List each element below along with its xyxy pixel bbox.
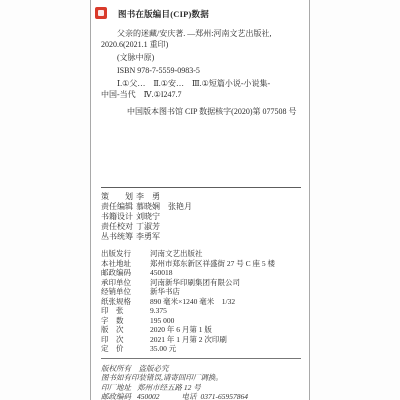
publication-label: 邮政编码: [101, 268, 135, 278]
page-column: 图书在版编目(CIP)数据 父亲的迷藏/安庆著. —郑州:河南文艺出版社, 20…: [90, 0, 310, 400]
publication-row: 经销单位新华书店: [101, 287, 301, 297]
cip-heading: 图书在版编目(CIP)数据: [118, 9, 301, 20]
cip-title-line-2: 2020.6(2021.1 重印): [101, 39, 301, 50]
publication-label: 定 价: [101, 344, 135, 354]
publication-value: 2021 年 1 月第 2 次印刷: [150, 335, 227, 344]
publication-value: 35.00 元: [150, 344, 176, 353]
printer-address-value: 郑州市经五路 12 号: [137, 383, 201, 392]
publication-label: 承印单位: [101, 278, 135, 288]
printer-address-label: 印厂地址: [101, 383, 131, 392]
misprint-return-note: 图书如有印装错误,请寄回印厂调换。: [101, 373, 301, 383]
publication-value: 9.375: [150, 306, 167, 315]
staff-row: 策 划李 勇: [101, 192, 301, 202]
cip-classification-line-2: 中国-当代 Ⅳ.①I247.7: [101, 89, 301, 100]
phone-group: 电话0371-65957864: [182, 392, 249, 400]
divider-top: [101, 187, 301, 188]
publication-value: 郑州市郑东新区祥盛街 27 号 C 座 5 楼: [150, 259, 275, 268]
publication-label: 出版发行: [101, 249, 135, 259]
publication-row: 字 数195 000: [101, 316, 301, 326]
publication-value: 河南文艺出版社: [150, 249, 203, 258]
staff-row: 责任编辑慕晓娴 张艳月: [101, 202, 301, 212]
publication-label: 经销单位: [101, 287, 135, 297]
staff-label: 丛书统筹: [101, 232, 135, 242]
publication-label: 字 数: [101, 316, 135, 326]
staff-row: 丛书统筹李勇军: [101, 232, 301, 242]
publication-label: 印 张: [101, 306, 135, 316]
publication-row: 邮政编码450018: [101, 268, 301, 278]
staff-value: 李勇军: [136, 232, 160, 241]
publication-row: 出版发行河南文艺出版社: [101, 249, 301, 259]
red-stamp-inner-mark: [98, 10, 104, 16]
staff-label: 责任校对: [101, 222, 135, 232]
staff-label: 策 划: [101, 192, 135, 202]
cip-series: (文脉中原): [101, 52, 301, 63]
publication-value: 2020 年 6 月第 1 版: [150, 325, 212, 334]
staff-label: 责任编辑: [101, 202, 135, 212]
cip-title-line-1: 父亲的迷藏/安庆著. —郑州:河南文艺出版社,: [101, 28, 301, 39]
staff-credits-block: 策 划李 勇 责任编辑慕晓娴 张艳月 书籍设计刘晓宁 责任校对丁淑芳 丛书统筹李…: [101, 192, 301, 242]
colophon-block: 版权所有 盗版必究 图书如有印装错误,请寄回印厂调换。 印厂地址郑州市经五路 1…: [101, 364, 301, 400]
publication-row: 印 张9.375: [101, 306, 301, 316]
divider-bottom: [101, 358, 301, 359]
copyright-notice: 版权所有 盗版必究: [101, 364, 301, 374]
publication-row: 版 次2020 年 6 月第 1 版: [101, 325, 301, 335]
phone-number: 0371-65957864: [201, 392, 249, 400]
publication-label: 本社地址: [101, 259, 135, 269]
publication-details-block: 出版发行河南文艺出版社 本社地址郑州市郑东新区祥盛街 27 号 C 座 5 楼 …: [101, 249, 301, 354]
printer-postcode-row: 邮政编码450002电话0371-65957864: [101, 392, 301, 400]
publication-row: 纸张规格890 毫米×1240 毫米 1/32: [101, 297, 301, 307]
staff-value: 刘晓宁: [136, 212, 160, 221]
printer-postcode-value: 450002: [137, 392, 160, 400]
publication-row: 定 价35.00 元: [101, 344, 301, 354]
phone-label: 电话: [182, 392, 197, 400]
cip-classification-line-1: Ⅰ.①父… Ⅱ.①安… Ⅲ.①短篇小说-小说集-: [101, 78, 301, 89]
publication-label: 版 次: [101, 325, 135, 335]
publication-row: 承印单位河南新华印刷集团有限公司: [101, 278, 301, 288]
publication-value: 河南新华印刷集团有限公司: [150, 278, 240, 287]
cip-record-number: 中国版本图书馆 CIP 数据核字(2020)第 077508 号: [127, 106, 301, 117]
staff-value: 丁淑芳: [136, 222, 160, 231]
staff-label: 书籍设计: [101, 212, 135, 222]
staff-value: 李 勇: [136, 192, 160, 201]
publication-value: 450018: [150, 268, 173, 277]
cip-isbn: ISBN 978-7-5559-0983-5: [101, 65, 301, 76]
publication-value: 195 000: [150, 316, 174, 325]
publication-row: 印 次2021 年 1 月第 2 次印刷: [101, 335, 301, 345]
publication-label: 印 次: [101, 335, 135, 345]
staff-row: 书籍设计刘晓宁: [101, 212, 301, 222]
publication-row: 本社地址郑州市郑东新区祥盛街 27 号 C 座 5 楼: [101, 259, 301, 269]
staff-value: 慕晓娴 张艳月: [136, 202, 192, 211]
cip-block: 图书在版编目(CIP)数据 父亲的迷藏/安庆著. —郑州:河南文艺出版社, 20…: [101, 9, 301, 117]
publication-value: 890 毫米×1240 毫米 1/32: [150, 297, 235, 306]
book-copyright-page: 图书在版编目(CIP)数据 父亲的迷藏/安庆著. —郑州:河南文艺出版社, 20…: [0, 0, 400, 400]
red-stamp-icon: [95, 7, 107, 19]
printer-address-row: 印厂地址郑州市经五路 12 号: [101, 383, 301, 393]
publication-value: 新华书店: [150, 287, 180, 296]
printer-postcode-label: 邮政编码: [101, 392, 131, 400]
publication-label: 纸张规格: [101, 297, 135, 307]
staff-row: 责任校对丁淑芳: [101, 222, 301, 232]
